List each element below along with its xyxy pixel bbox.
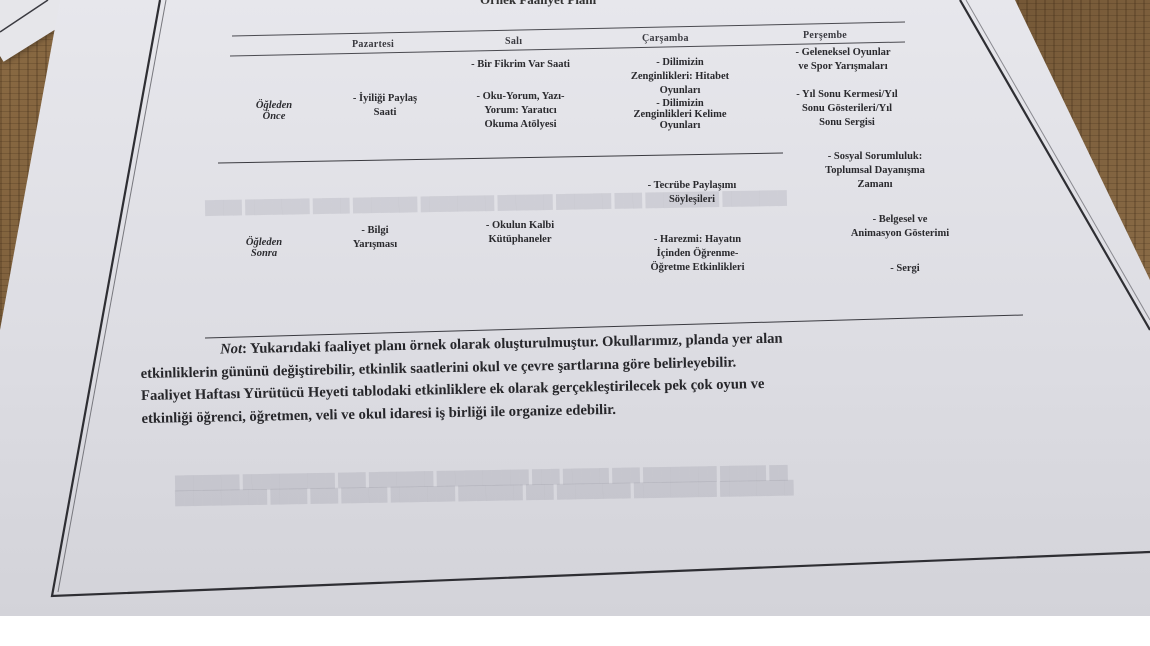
cell-carsamba-sonra-1: - Tecrübe Paylaşımı Söyleşileri — [622, 179, 762, 207]
document-photo: ████ ███████ ████ ███████ ████████ █████… — [0, 0, 1150, 616]
cell-carsamba-once-2: - Dilimizin Zenginlikleri Kelime Oyunlar… — [605, 98, 755, 131]
cell-line: İçinden Öğrenme- — [625, 247, 770, 261]
cell-line: ve Spor Yarışmaları — [768, 60, 918, 74]
document-title: Örnek Faaliyet Planı — [480, 0, 596, 8]
note-paragraph: Not: Yukarıdaki faaliyet planı örnek ola… — [140, 322, 1077, 430]
cell-line: Toplumsal Dayanışma — [795, 164, 955, 178]
cell-sali-once-2: - Oku-Yorum, Yazı- Yorum: Yaratıcı Okuma… — [448, 90, 593, 132]
cell-line: - Belgesel ve — [820, 213, 980, 227]
cell-line: - Dilimizin — [605, 56, 755, 70]
cell-line: Zenginlikleri: Hitabet — [605, 70, 755, 84]
cell-line: Kütüphaneler — [460, 233, 580, 247]
cell-persembe-sonra-3: - Sergi — [870, 262, 940, 276]
cell-line: Oyunları — [605, 120, 755, 131]
row-label-line: Önce — [244, 111, 304, 122]
row-label-ogleden-sonra: Öğleden Sonra — [232, 237, 296, 259]
cell-carsamba-sonra-2: - Harezmi: Hayatın İçinden Öğrenme- Öğre… — [625, 233, 770, 275]
row-label-line: Sonra — [232, 248, 296, 259]
cell-line: - Bir Fikrim Var Saati — [448, 58, 593, 72]
cell-sali-once-1: - Bir Fikrim Var Saati — [448, 58, 593, 72]
cell-line: - Okulun Kalbi — [460, 219, 580, 233]
column-header-persembe: Perşembe — [803, 30, 847, 41]
cell-pazartesi-once: - İyiliği Paylaş Saati — [330, 92, 440, 120]
row-label-ogleden-once: Öğleden Önce — [244, 100, 304, 122]
cell-line: Yorum: Yaratıcı — [448, 104, 593, 118]
cell-persembe-once-2: - Yıl Sonu Kermesi/Yıl Sonu Gösterileri/… — [772, 88, 922, 130]
row-label-line: Öğleden — [244, 100, 304, 111]
cell-line: Okuma Atölyesi — [448, 118, 593, 132]
cell-line: Zenginlikleri Kelime — [605, 109, 755, 120]
column-header-pazartesi: Pazartesi — [352, 39, 394, 50]
column-header-sali: Salı — [505, 36, 522, 47]
cell-carsamba-once-1: - Dilimizin Zenginlikleri: Hitabet Oyunl… — [605, 56, 755, 98]
cell-sali-sonra: - Okulun Kalbi Kütüphaneler — [460, 219, 580, 247]
cell-line: Öğretme Etkinlikleri — [625, 261, 770, 275]
cell-line: - Sosyal Sorumluluk: — [795, 150, 955, 164]
cell-pazartesi-sonra: - Bilgi Yarışması — [330, 224, 420, 252]
cell-line: Saati — [330, 106, 440, 120]
cell-line: Sonu Gösterileri/Yıl — [772, 102, 922, 116]
note-label: Not — [220, 341, 242, 357]
column-header-carsamba: Çarşamba — [642, 33, 689, 44]
cell-line: - İyiliği Paylaş — [330, 92, 440, 106]
cell-line: Söyleşileri — [622, 193, 762, 207]
cell-line: Animasyon Gösterimi — [820, 227, 980, 241]
cell-line: - Dilimizin — [605, 98, 755, 109]
cell-line: Zamanı — [795, 178, 955, 192]
cell-line: - Harezmi: Hayatın — [625, 233, 770, 247]
cell-persembe-sonra-2: - Belgesel ve Animasyon Gösterimi — [820, 213, 980, 241]
row-label-line: Öğleden — [232, 237, 296, 248]
cell-line: Sonu Sergisi — [772, 116, 922, 130]
cell-persembe-sonra-1: - Sosyal Sorumluluk: Toplumsal Dayanışma… — [795, 150, 955, 192]
cell-line: Oyunları — [605, 84, 755, 98]
cell-line: - Geleneksel Oyunlar — [768, 46, 918, 60]
cell-line: - Bilgi — [330, 224, 420, 238]
cell-line: - Tecrübe Paylaşımı — [622, 179, 762, 193]
cell-line: - Sergi — [870, 262, 940, 276]
cell-persembe-once-1: - Geleneksel Oyunlar ve Spor Yarışmaları — [768, 46, 918, 74]
cell-line: Yarışması — [330, 238, 420, 252]
cell-line: - Oku-Yorum, Yazı- — [448, 90, 593, 104]
cell-line: - Yıl Sonu Kermesi/Yıl — [772, 88, 922, 102]
